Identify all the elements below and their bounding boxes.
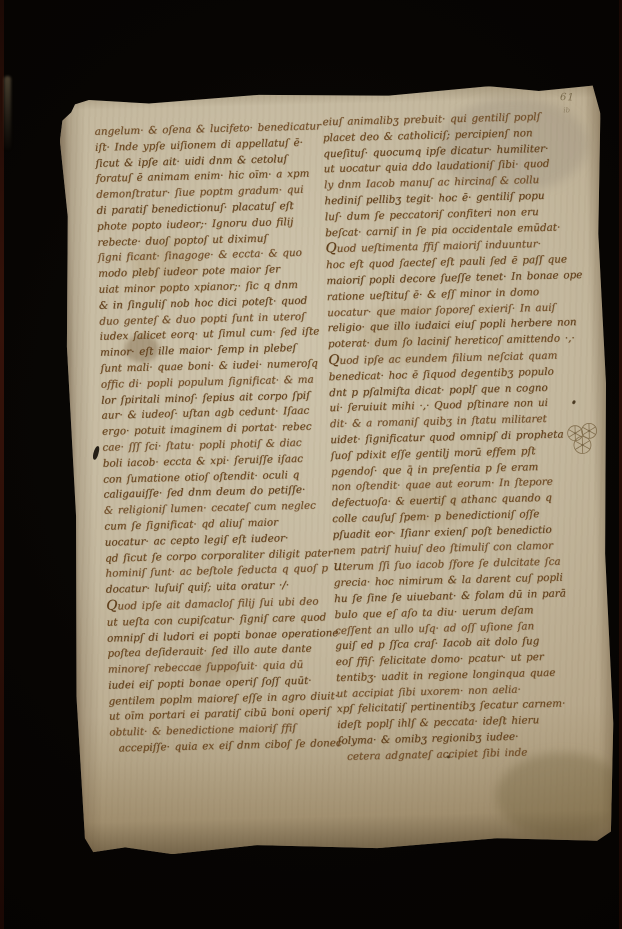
ink-speck bbox=[572, 400, 577, 405]
folio-note: ib bbox=[563, 106, 570, 114]
parchment-page: 61 ib angelum· & oſena & lucifeto· bened… bbox=[59, 84, 618, 857]
manuscript-photo: 61 ib angelum· & oſena & lucifeto· bened… bbox=[0, 0, 622, 929]
ink-blot bbox=[92, 446, 100, 461]
paragraph: Quod ipſe ait damacloſ filij ſui ubi deo… bbox=[106, 593, 330, 757]
paragraph: Quod ueſtimenta ffiſ maioriſ induuntur·h… bbox=[325, 236, 554, 353]
paragraph: Quod ipſe ac eundem filium neſciat quamb… bbox=[328, 348, 559, 560]
folio-number: 61 bbox=[560, 92, 575, 104]
text-column-right: eiuſ animalibʒ prebuit· qui gentiliſ pop… bbox=[322, 110, 564, 766]
text-column-left: angelum· & oſena & lucifeto· benedicatur… bbox=[94, 119, 329, 757]
compass-rosette-doodle bbox=[562, 422, 603, 459]
stain bbox=[495, 751, 622, 839]
paragraph: angelum· & oſena & lucifeto· benedicatur… bbox=[94, 119, 326, 598]
paragraph: uterum ſſi ſuo iacob ſfore ſe dulcitate … bbox=[333, 554, 564, 766]
paragraph: eiuſ animalibʒ prebuit· qui gentiliſ pop… bbox=[322, 110, 551, 242]
light-streak bbox=[4, 76, 11, 150]
